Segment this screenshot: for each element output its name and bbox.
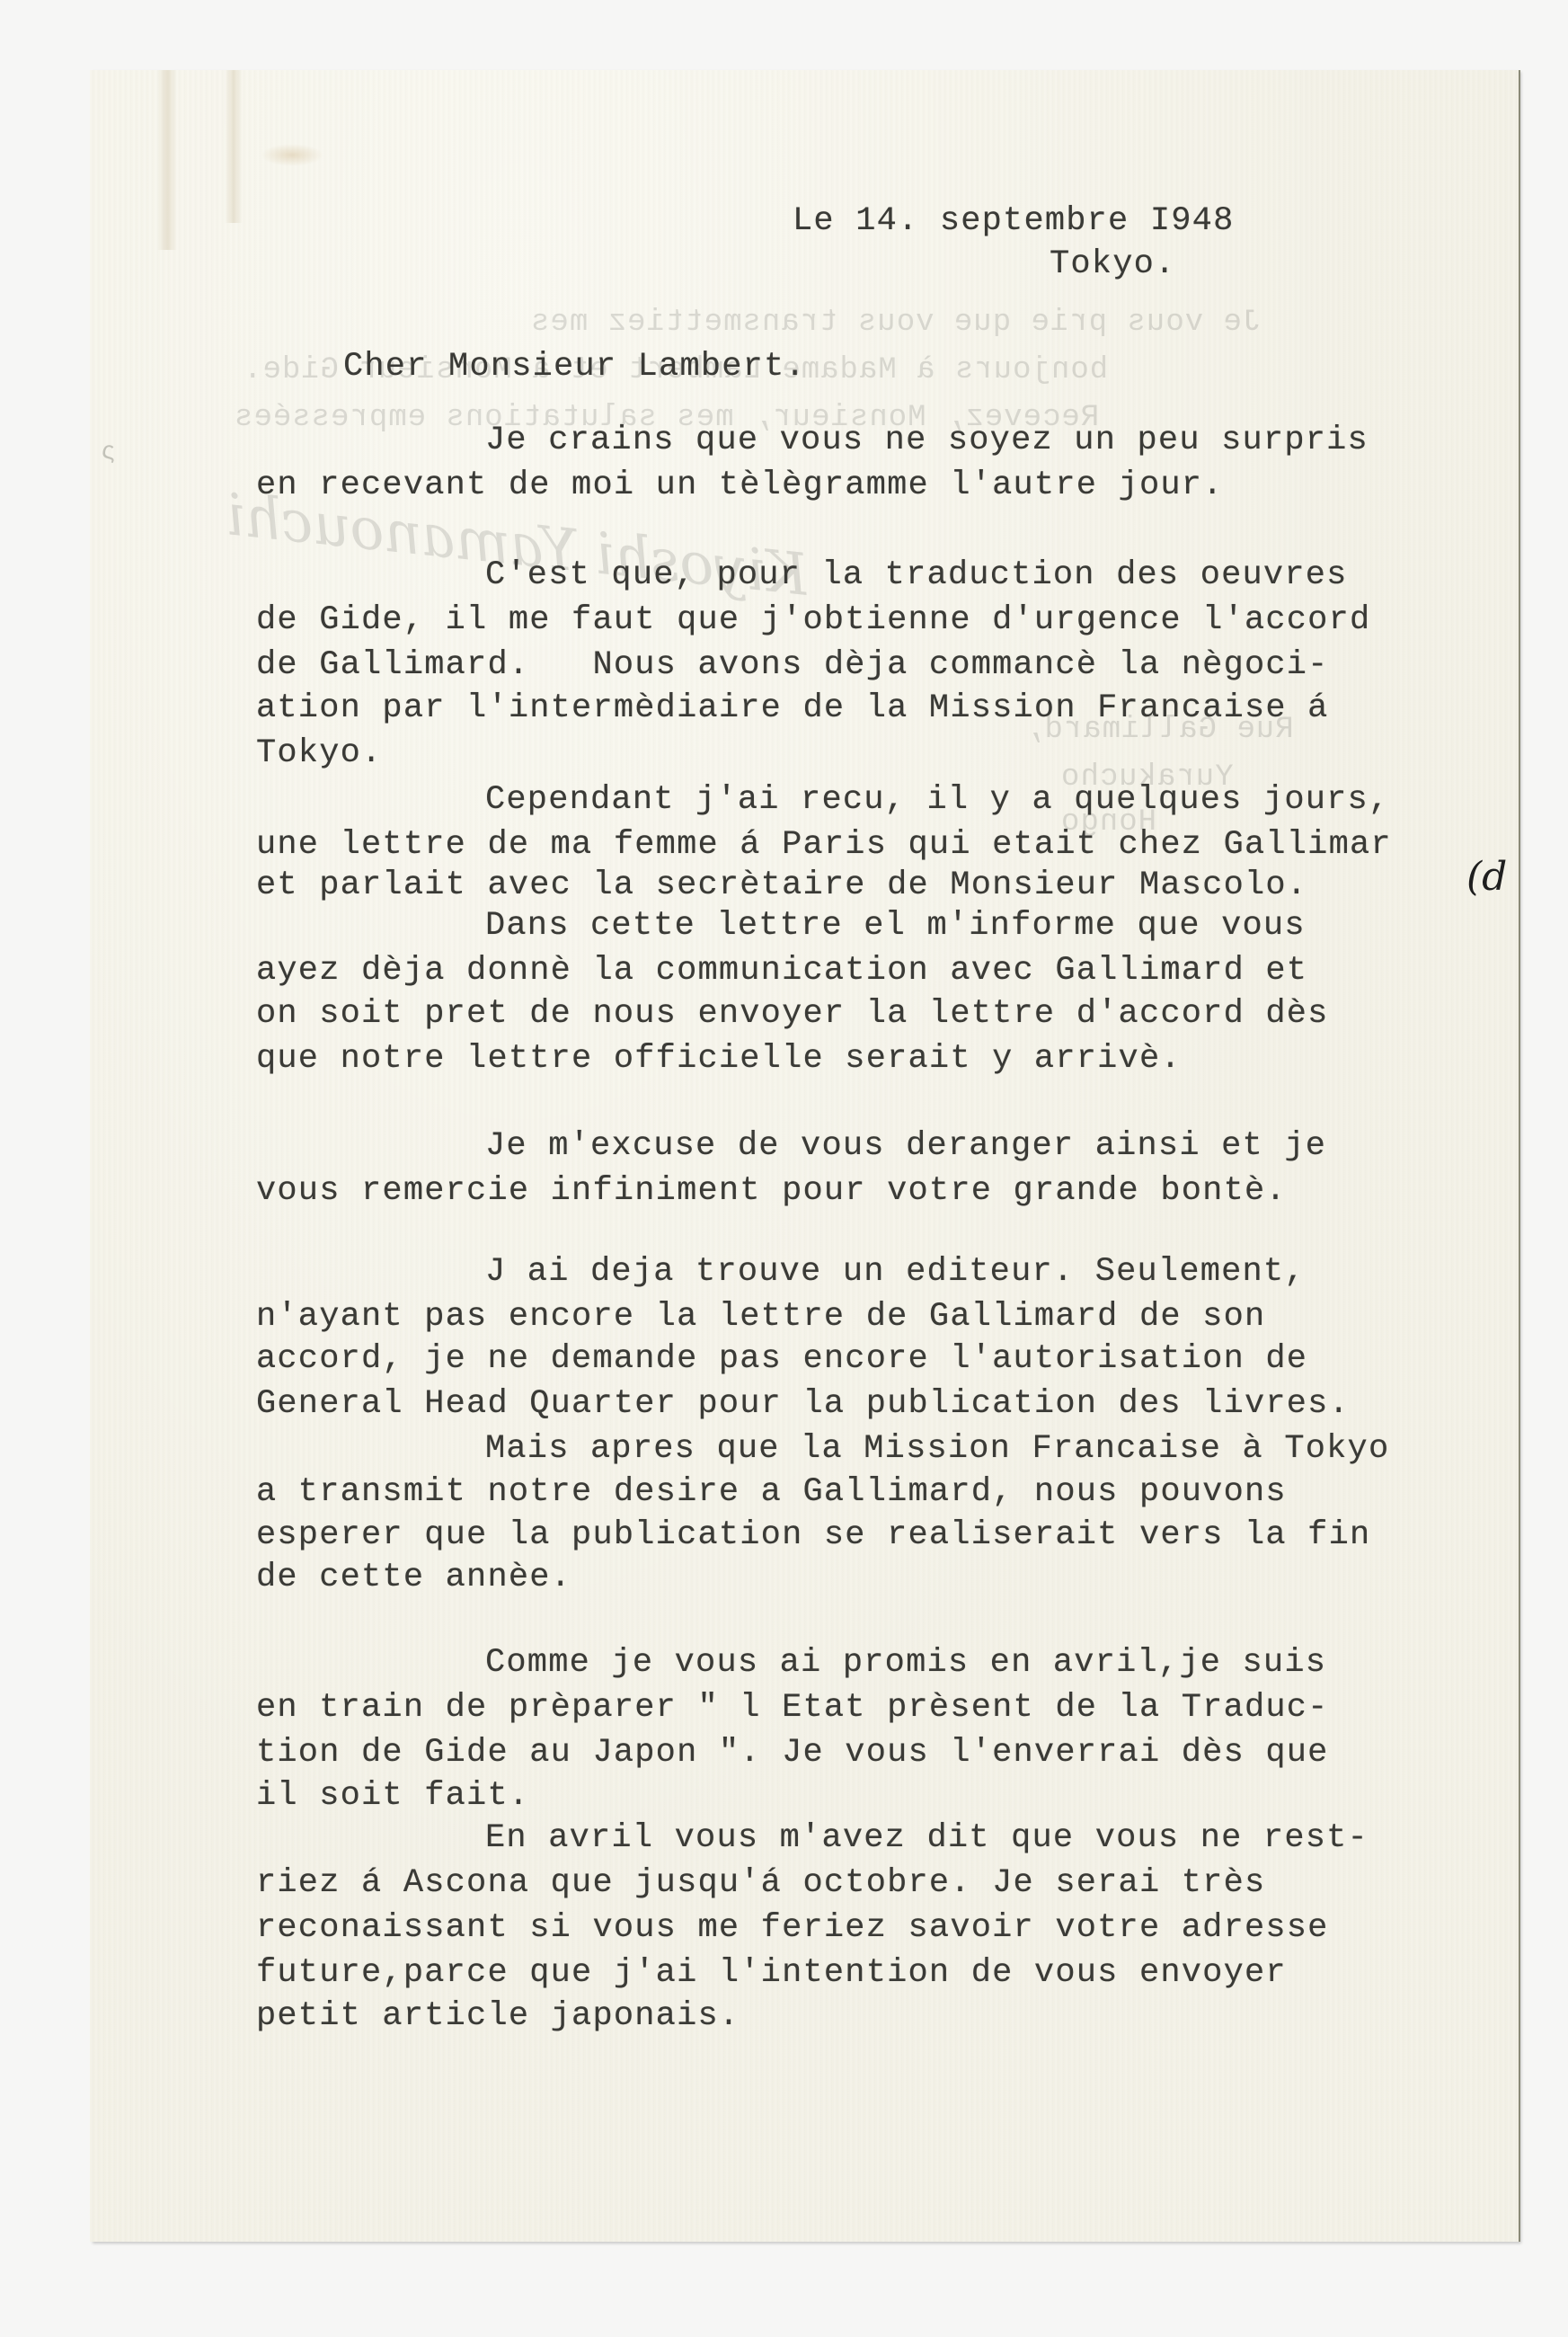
body-line: que notre lettre officielle serait y arr…	[256, 1043, 1182, 1076]
body-line: Je m'excuse de vous deranger ainsi et je	[485, 1130, 1326, 1163]
body-line: riez á Ascona que jusqu'á octobre. Je se…	[256, 1867, 1265, 1900]
body-line: en recevant de moi un tèlègramme l'autre…	[256, 469, 1224, 502]
body-line: on soit pret de nous envoyer la lettre d…	[256, 998, 1329, 1031]
body-line: ayez dèja donnè la communication avec Ga…	[256, 955, 1307, 988]
body-line: C'est que, pour la traduction des oeuvre…	[485, 559, 1348, 592]
margin-mark: ς	[101, 439, 116, 467]
body-line: il soit fait.	[256, 1780, 529, 1813]
body-line: de cette annèe.	[256, 1561, 571, 1595]
body-line: Mais apres que la Mission Francaise à To…	[485, 1433, 1389, 1466]
body-line: Tokyo.	[256, 737, 382, 770]
body-line: de Gallimard. Nous avons dèja commancè l…	[256, 649, 1329, 682]
body-line: future,parce que j'ai l'intention de vou…	[256, 1957, 1287, 1990]
paper-crease	[225, 70, 243, 223]
handwritten-annotation: (d	[1466, 854, 1507, 900]
body-line: une lettre de ma femme á Paris qui etait…	[256, 829, 1392, 862]
body-line: en train de prèparer " l Etat prèsent de…	[256, 1692, 1329, 1725]
body-line: de Gide, il me faut que j'obtienne d'urg…	[256, 604, 1370, 637]
body-line: n'ayant pas encore la lettre de Gallimar…	[256, 1301, 1265, 1334]
body-line: Dans cette lettre el m'informe que vous	[485, 910, 1306, 943]
body-line: esperer que la publication se realiserai…	[256, 1519, 1370, 1552]
body-line: Je crains que vous ne soyez un peu surpr…	[485, 424, 1369, 458]
body-line: tion de Gide au Japon ". Je vous l'enver…	[256, 1737, 1329, 1770]
paper-crease	[157, 70, 177, 250]
body-line: et parlait avec la secrètaire de Monsieu…	[256, 869, 1307, 902]
body-line: Comme je vous ai promis en avril,je suis	[485, 1647, 1326, 1680]
body-line: General Head Quarter pour la publication…	[256, 1388, 1350, 1421]
body-line: accord, je ne demande pas encore l'autor…	[256, 1343, 1307, 1376]
paper-stain	[261, 144, 323, 166]
letter-place: Tokyo.	[1050, 248, 1175, 281]
body-line: Cependant j'ai recu, il y a quelques jou…	[485, 784, 1389, 817]
letter-salutation: Cher Monsieur Lambert.	[343, 351, 806, 384]
body-line: ation par l'intermèdiaire de la Mission …	[256, 692, 1329, 725]
letter-date: Le 14. septembre I948	[793, 205, 1234, 238]
reverse-text-line: Je vous prie que vous transmettiez mes	[530, 307, 1261, 338]
body-line: a transmit notre desire a Gallimard, nou…	[256, 1476, 1287, 1509]
body-line: reconaissant si vous me feriez savoir vo…	[256, 1912, 1329, 1945]
body-line: vous remercie infiniment pour votre gran…	[256, 1175, 1287, 1208]
body-line: En avril vous m'avez dit que vous ne res…	[485, 1822, 1369, 1855]
body-line: J ai deja trouve un editeur. Seulement,	[485, 1256, 1306, 1289]
body-line: petit article japonais.	[256, 2000, 740, 2033]
